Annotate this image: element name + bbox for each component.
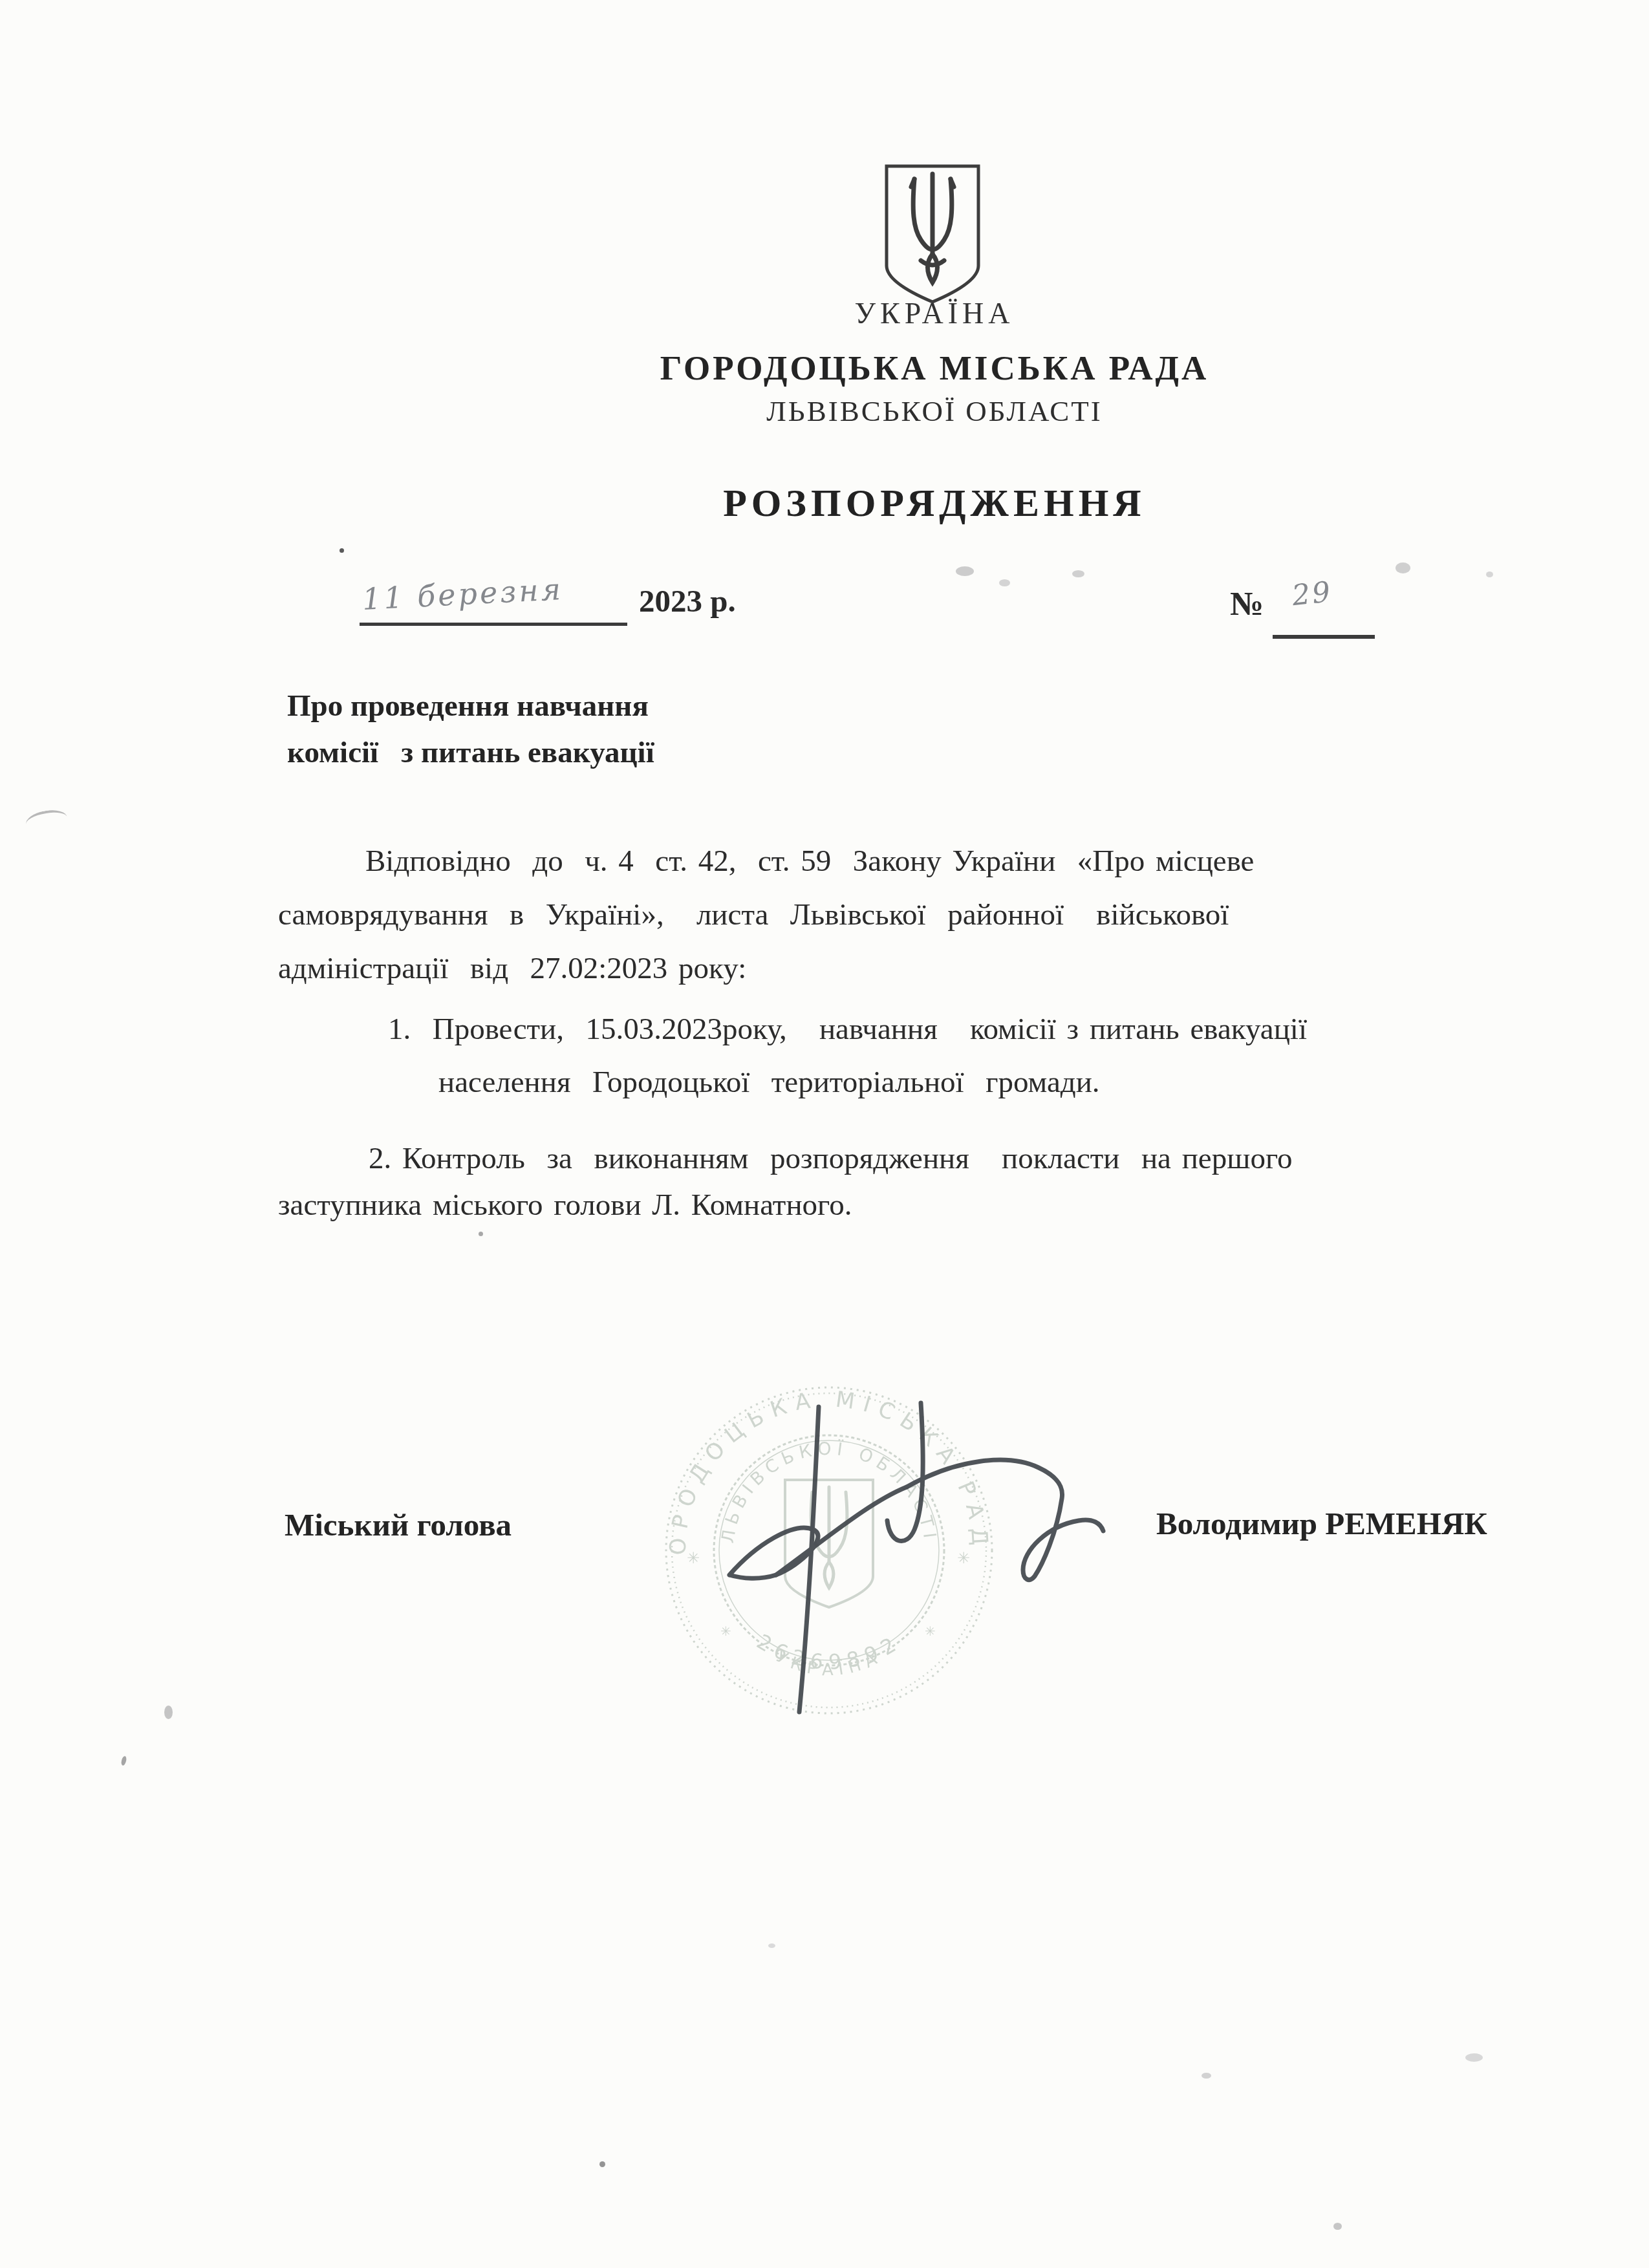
- list-item-1-number: 1.: [388, 1012, 411, 1046]
- subject-line-1: Про проведення навчання: [287, 683, 654, 729]
- scan-speck: [1465, 2053, 1483, 2062]
- scan-speck: [999, 579, 1010, 586]
- paragraph-line: самоврядування в Україні», листа Львівсь…: [278, 897, 1229, 932]
- official-stamp: ГОРОДОЦЬКА МІСЬКА РАДА ЛЬВІВСЬКОЇ ОБЛАСТ…: [648, 1369, 1010, 1731]
- scan-speck: [25, 808, 69, 834]
- scanned-document-page: УКРАЇНА ГОРОДОЦЬКА МІСЬКА РАДА ЛЬВІВСЬКО…: [0, 0, 1649, 2268]
- scan-speck: [956, 566, 974, 576]
- handwritten-signature: [0, 0, 1649, 2268]
- scan-speck: [479, 1232, 483, 1236]
- subject-block: Про проведення навчання комісії з питань…: [287, 683, 654, 776]
- scan-speck: [768, 1943, 775, 1948]
- list-item-1-continued: населення Городоцької територіальної гро…: [438, 1065, 1100, 1100]
- list-item-2-number: 2.: [369, 1142, 391, 1175]
- list-item-2-continued: заступника міського голови Л. Комнатного…: [278, 1188, 852, 1223]
- paragraph-line: Відповідно до ч. 4 ст. 42, ст. 59 Закону…: [365, 844, 1254, 879]
- date-underline: [360, 623, 627, 626]
- signer-title: Міський голова: [285, 1506, 512, 1543]
- stamp-star: ✳: [687, 1549, 700, 1567]
- document-type-title: РОЗПОРЯДЖЕННЯ: [220, 481, 1649, 526]
- stamp-star: ✳: [957, 1549, 970, 1567]
- scan-speck: [164, 1706, 173, 1719]
- handwritten-date: 11 березня: [361, 572, 564, 617]
- subject-line-2: комісії з питань евакуації: [287, 729, 654, 776]
- handwritten-number: 29: [1291, 575, 1334, 612]
- list-item-2: 2. Контроль за виконанням розпорядження …: [369, 1141, 1293, 1176]
- stamp-star: ✳: [925, 1623, 936, 1639]
- country-title: УКРАЇНА: [220, 296, 1649, 330]
- scan-speck: [1486, 572, 1493, 577]
- number-underline: [1273, 635, 1375, 639]
- region-subtitle: ЛЬВІВСЬКОЇ ОБЛАСТІ: [220, 394, 1649, 428]
- scan-speck: [339, 548, 344, 553]
- scan-speck: [1396, 562, 1410, 573]
- scan-speck: [1333, 2223, 1342, 2230]
- scan-speck: [1202, 2073, 1211, 2079]
- coat-of-arms-icon: [883, 164, 982, 306]
- council-title: ГОРОДОЦЬКА МІСЬКА РАДА: [220, 349, 1649, 388]
- stamp-star: ✳: [720, 1623, 731, 1639]
- signer-name: Володимир РЕМЕНЯК: [1156, 1505, 1487, 1542]
- number-sign: №: [1230, 585, 1264, 623]
- list-item-2-text: Контроль за виконанням розпорядження пок…: [402, 1142, 1293, 1175]
- year-label: 2023 р.: [639, 583, 736, 619]
- list-item-1: 1. Провести, 15.03.2023року, навчання ко…: [388, 1012, 1307, 1047]
- scan-speck: [120, 1755, 127, 1766]
- stamp-trident-icon: [785, 1480, 873, 1607]
- scan-speck: [1072, 570, 1084, 577]
- list-item-1-text: Провести, 15.03.2023року, навчання коміс…: [433, 1012, 1307, 1046]
- paragraph-line: адміністрації від 27.02:2023 року:: [278, 951, 746, 986]
- scan-speck: [599, 2161, 605, 2167]
